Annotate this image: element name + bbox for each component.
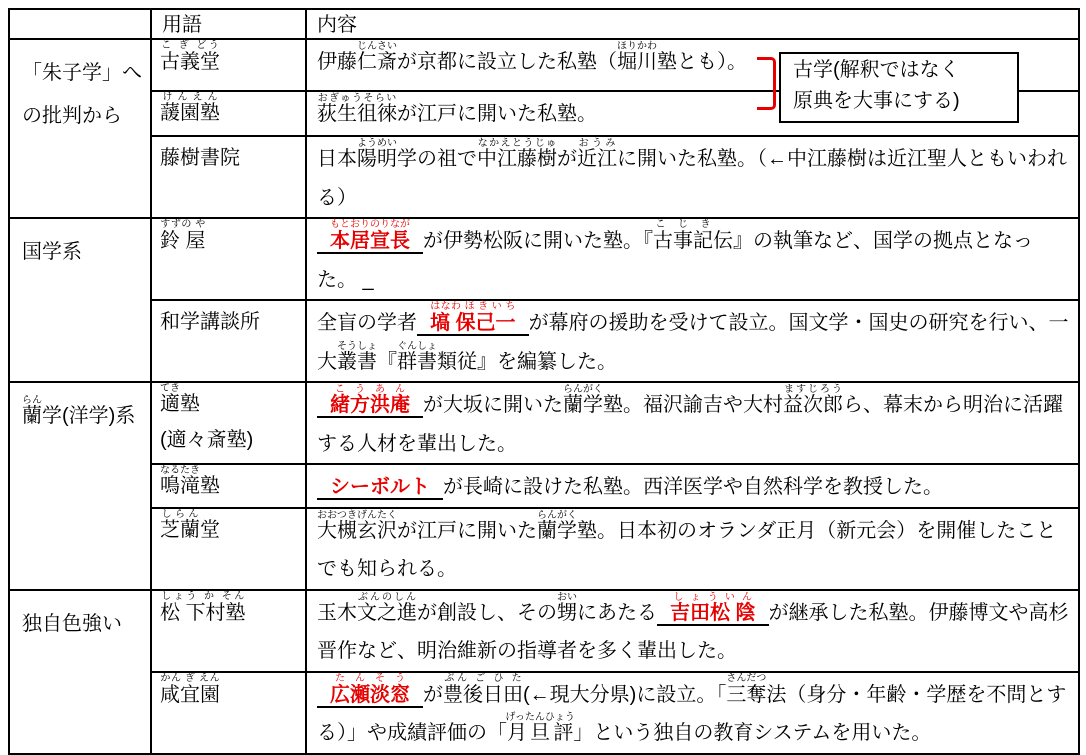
header-row: 用語 内容 bbox=[9, 9, 1079, 39]
row-tekijuku: 蘭らん学(洋学)系 適てき塾(適々斎塾) 緒方洪庵こうあんが大坂に開いた蘭学らん… bbox=[9, 382, 1079, 464]
row-suzunoya: 国学系 鈴 屋すずの や 本居宣長もとおりのりながが伊勢松阪に開いた塾。『古事記… bbox=[9, 218, 1079, 300]
content-shirando: 大槻玄沢おおつきげんたくが江戸に開いた蘭学らんがく塾。日本初のオランダ正月（新元… bbox=[306, 508, 1079, 590]
header-content: 内容 bbox=[306, 9, 1079, 39]
term-tekijuku: 適てき塾(適々斎塾) bbox=[151, 382, 306, 464]
term-suzunoya: 鈴 屋すずの や bbox=[151, 218, 306, 300]
term-wagakukodansho: 和学講談所 bbox=[151, 300, 306, 382]
category-kokugaku: 国学系 bbox=[9, 218, 151, 382]
content-narutakijuku: シーボルトが長崎に設けた私塾。西洋医学や自然科学を教授した。 bbox=[306, 464, 1079, 508]
row-kangien: 咸宜園かん ぎ えん 広瀬淡窓たんそうが豊後日田ぶん ご ひ た(←現大分県)に… bbox=[9, 672, 1079, 754]
category-dokujishoku: 独自色強い bbox=[9, 590, 151, 754]
header-category bbox=[9, 9, 151, 39]
row-tojushoin: 藤樹書院 日本陽明ようめい学の祖で中江藤樹なかえとうじゅが近江おうみに開いた私塾… bbox=[9, 136, 1079, 218]
content-suzunoya: 本居宣長もとおりのりながが伊勢松阪に開いた塾。『古事記こ じ き伝』の執筆など、… bbox=[306, 218, 1079, 300]
content-shokasonjuku: 玉木文之進ぶんのしんが創設し、その甥おいにあたる吉田松 陰しょういんが継承した私… bbox=[306, 590, 1079, 672]
category-shushigaku-criticism: 「朱子学」への批判から bbox=[9, 39, 151, 218]
category-rangaku: 蘭らん学(洋学)系 bbox=[9, 382, 151, 590]
row-narutakijuku: 鳴滝なるたき塾 シーボルトが長崎に設けた私塾。西洋医学や自然科学を教授した。 bbox=[9, 464, 1079, 508]
term-narutakijuku: 鳴滝なるたき塾 bbox=[151, 464, 306, 508]
red-bracket bbox=[757, 57, 776, 110]
term-shirando: 芝蘭しらん堂 bbox=[151, 508, 306, 590]
term-shokasonjuku: 松 下村塾しょう か そん bbox=[151, 590, 306, 672]
term-tojushoin: 藤樹書院 bbox=[151, 136, 306, 218]
row-shirando: 芝蘭しらん堂 大槻玄沢おおつきげんたくが江戸に開いた蘭学らんがく塾。日本初のオラ… bbox=[9, 508, 1079, 590]
header-term: 用語 bbox=[151, 9, 306, 39]
kogaku-note-box: 古学(解釈ではなく 原典を大事にする) bbox=[779, 52, 1019, 123]
content-kangien: 広瀬淡窓たんそうが豊後日田ぶん ご ひ た(←現大分県)に設立。「三奪さんだつ法… bbox=[306, 672, 1079, 754]
term-kangien: 咸宜園かん ぎ えん bbox=[151, 672, 306, 754]
term-kogido: 古義堂こ ぎ どう bbox=[151, 39, 306, 91]
kogaku-note-line2: 原典を大事にする) bbox=[793, 86, 1017, 117]
row-shokasonjuku: 独自色強い 松 下村塾しょう か そん 玉木文之進ぶんのしんが創設し、その甥おい… bbox=[9, 590, 1079, 672]
content-tojushoin: 日本陽明ようめい学の祖で中江藤樹なかえとうじゅが近江おうみに開いた私塾。（←中江… bbox=[306, 136, 1079, 218]
content-wagakukodansho: 全盲の学者塙 保己一はなわ ほ き い ちが幕府の援助を受けて設立。国文学・国史… bbox=[306, 300, 1079, 382]
term-kenenjuku: 蘐園塾けんえん bbox=[151, 91, 306, 136]
content-tekijuku: 緒方洪庵こうあんが大坂に開いた蘭学らんがく塾。福沢諭吉や大村益次郎ますじろうら、… bbox=[306, 382, 1079, 464]
kogaku-note-line1: 古学(解釈ではなく bbox=[793, 55, 1017, 86]
worksheet-page: 用語 内容 「朱子学」への批判から 古義堂こ ぎ どう 伊藤仁斎じんさいが京都に… bbox=[0, 0, 1086, 706]
row-wagakukodansho: 和学講談所 全盲の学者塙 保己一はなわ ほ き い ちが幕府の援助を受けて設立。… bbox=[9, 300, 1079, 382]
